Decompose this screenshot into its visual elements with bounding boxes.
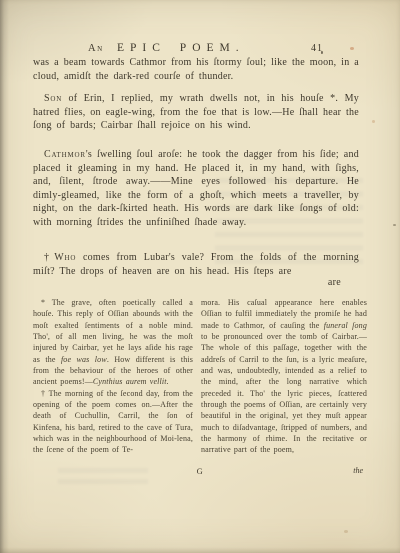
footnote-text: † The morning of the ſecond day, from th… xyxy=(33,389,193,455)
dagger-footnote-mark: † xyxy=(44,252,51,263)
paragraph-lead: Who xyxy=(54,252,76,263)
paragraph-lead: Son xyxy=(44,93,62,104)
footnote-paragraph: * The grave, often poetically called a h… xyxy=(33,297,193,388)
footnote-italic-text: foe was low xyxy=(61,355,107,364)
footnote-italic-text: funeral ſong xyxy=(324,321,367,330)
footnote-catchword: the xyxy=(353,466,363,475)
signature-line: G the xyxy=(33,466,367,478)
paper-speck xyxy=(344,530,348,533)
paragraph-text: comes from Lubar's vale? From the folds … xyxy=(33,252,359,277)
header-title: EPIC POEM. xyxy=(117,42,245,54)
paragraph-continuation: was a beam towards Cathmor from his ſtor… xyxy=(33,56,359,83)
footnote-text: to be pronounced over the tomb of Cairba… xyxy=(201,332,367,454)
footnote-paragraph: † The morning of the ſecond day, from th… xyxy=(33,388,193,456)
paragraph-text: of Erin, I replied, my wrath dwells not,… xyxy=(33,93,359,131)
ink-speck xyxy=(393,224,396,226)
paper-speck xyxy=(350,47,354,50)
paragraph-who-comes: †Who comes from Lubar's vale? From the f… xyxy=(33,251,359,278)
main-catchword: are xyxy=(33,277,341,288)
paper-speck xyxy=(372,120,375,123)
paragraph-cathmor: Cathmor's ſwelling ſoul aroſe: he took t… xyxy=(33,148,359,229)
footnote-column-right: mora. His caſual appearance here enables… xyxy=(201,297,367,456)
paragraph-lead: Cathmor xyxy=(44,149,86,160)
footnote-column-left: * The grave, often poetically called a h… xyxy=(33,297,193,456)
gathering-signature: G xyxy=(197,466,204,476)
book-page: An EPIC POEM. 41 was a beam towards Cath… xyxy=(0,0,400,553)
ink-speck xyxy=(321,51,323,54)
page-edge-shadow xyxy=(0,0,9,553)
paragraph-son-of-erin: Son of Erin, I replied, my wrath dwells … xyxy=(33,92,359,133)
footnote-italic-text: Cynthius aurem vellit. xyxy=(93,377,169,386)
running-header: An EPIC POEM. 41 xyxy=(33,42,359,56)
page-bottom-shadow xyxy=(0,547,400,553)
footnote-paragraph: mora. His caſual appearance here enables… xyxy=(201,297,367,456)
header-article-word: An xyxy=(88,43,104,54)
paragraph-text: 's ſwelling ſoul aroſe: he took the dagg… xyxy=(33,149,359,228)
paragraph-text: was a beam towards Cathmor from his ſtor… xyxy=(33,57,359,82)
